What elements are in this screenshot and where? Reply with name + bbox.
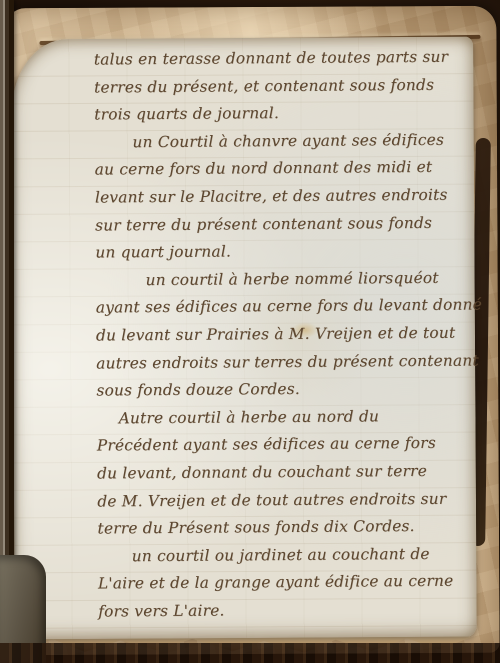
manuscript-line: sous fonds douze Cordes.: [96, 375, 480, 406]
manuscript-line: du levant, donnant du couchant sur terre: [97, 457, 481, 488]
manuscript-line: trois quarts de journal.: [94, 99, 478, 130]
manuscript-line: au cerne fors du nord donnant des midi e…: [95, 154, 479, 185]
manuscript-line: L'aire et de la grange ayant édifice au …: [98, 568, 482, 599]
manuscript-line: ayant ses édifices au cerne fors du leva…: [96, 292, 480, 323]
manuscript-line: terres du présent, et contenant sous fon…: [94, 71, 478, 102]
manuscript-line: terre du Présent sous fonds dix Cordes.: [97, 513, 481, 544]
manuscript-line: un Courtil à chanvre ayant ses édifices: [94, 126, 478, 157]
manuscript-line: un quart journal.: [95, 237, 479, 268]
manuscript-photo: talus en terasse donnant de toutes parts…: [0, 0, 500, 663]
book-board-corner: [0, 555, 46, 663]
text-block: talus en terasse donnant de toutes parts…: [94, 44, 483, 626]
manuscript-line: autres endroits sur terres du présent co…: [96, 347, 480, 378]
manuscript-line: Autre courtil à herbe au nord du: [97, 402, 481, 433]
manuscript-line: levant sur le Placitre, et des autres en…: [95, 181, 479, 212]
manuscript-line: sur terre du présent contenant sous fond…: [95, 209, 479, 240]
manuscript-line: Précédent ayant ses édifices au cerne fo…: [97, 430, 481, 461]
manuscript-line: du levant sur Prairies à M. Vreijen et d…: [96, 319, 480, 350]
manuscript-line: de M. Vreijen et de tout autres endroits…: [97, 485, 481, 516]
manuscript-line: un courtil ou jardinet au couchant de: [98, 540, 482, 571]
manuscript-line: fors vers L'aire.: [98, 595, 482, 626]
manuscript-line: un courtil à herbe nommé liorsquéot: [95, 264, 479, 295]
manuscript-line: talus en terasse donnant de toutes parts…: [94, 44, 478, 75]
